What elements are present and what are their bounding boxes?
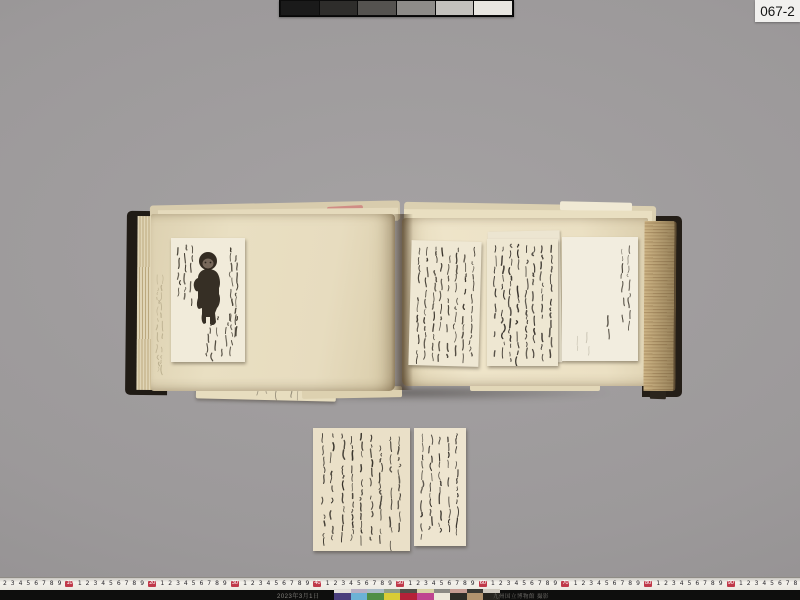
ink-stroke	[550, 313, 551, 317]
ruler-unit-label: 8	[794, 581, 797, 587]
ink-stroke	[471, 294, 472, 303]
ruler-unit-label: 3	[259, 581, 262, 587]
ink-stroke	[470, 347, 472, 351]
ink-stroke	[496, 256, 497, 266]
ink-stroke	[455, 346, 456, 356]
ink-stroke	[441, 304, 442, 313]
ink-stroke	[157, 292, 158, 295]
ink-stroke	[533, 292, 534, 301]
ink-stroke	[226, 336, 227, 346]
ink-stroke	[362, 490, 363, 495]
ink-stroke	[399, 523, 400, 531]
ink-stroke	[502, 318, 504, 323]
ruler-unit-label: 2	[3, 581, 6, 587]
ink-stroke	[448, 299, 449, 303]
ruler-unit-label: 4	[19, 581, 22, 587]
ink-stroke	[533, 335, 535, 342]
ruler-unit-label: 7	[703, 581, 706, 587]
ink-stroke	[361, 530, 362, 533]
ink-stroke	[441, 317, 442, 320]
ink-stroke	[441, 279, 442, 289]
ink-stroke	[157, 333, 158, 342]
ink-stroke	[440, 528, 441, 532]
ink-stroke	[235, 256, 236, 261]
ink-stroke	[532, 253, 533, 256]
ink-stroke	[162, 275, 163, 284]
ink-stroke	[429, 527, 430, 530]
ink-stroke	[333, 443, 334, 451]
ink-stroke	[430, 483, 431, 492]
ruler-unit-label: 6	[613, 581, 616, 587]
ink-stroke	[473, 267, 474, 273]
ink-stroke	[399, 477, 400, 483]
ink-stroke	[533, 280, 534, 285]
ink-stroke	[449, 256, 450, 263]
ink-stroke	[417, 323, 418, 331]
ink-stroke	[431, 435, 432, 444]
ink-stroke	[533, 273, 534, 276]
ink-stroke	[418, 257, 419, 264]
card-calligraphy	[562, 237, 638, 361]
ink-stroke	[518, 245, 519, 248]
ink-stroke	[324, 457, 325, 465]
ink-stroke	[456, 518, 457, 527]
ink-stroke	[462, 317, 463, 324]
ink-stroke	[465, 289, 466, 294]
ink-stroke	[427, 258, 428, 261]
ink-stroke	[332, 486, 333, 492]
ink-stroke	[352, 522, 353, 528]
ruler-unit-label: 2	[168, 581, 171, 587]
ink-stroke	[527, 260, 528, 263]
ruler-unit-label: 2	[747, 581, 750, 587]
ink-stroke	[439, 454, 440, 461]
ink-stroke	[441, 264, 442, 272]
ink-stroke	[192, 256, 193, 262]
ruler-unit-label: 5	[522, 581, 525, 587]
ink-stroke	[508, 297, 509, 307]
catalog-id-label: 067-2	[755, 0, 800, 22]
ink-stroke	[324, 521, 325, 526]
ink-stroke	[432, 456, 433, 462]
page-fore-edge	[643, 221, 676, 391]
ink-stroke	[427, 268, 428, 277]
ink-stroke	[462, 340, 463, 350]
ink-stroke	[622, 264, 623, 273]
ink-stroke	[330, 476, 331, 483]
ruler-ten-label: 80	[644, 581, 652, 587]
ink-stroke	[236, 327, 237, 336]
ink-stroke	[418, 298, 419, 301]
ink-stroke	[456, 438, 457, 443]
grayscale-patch	[320, 1, 358, 15]
ink-stroke	[344, 506, 345, 512]
ink-stroke	[439, 523, 440, 527]
ruler-unit-label: 9	[471, 581, 474, 587]
ink-stroke	[501, 256, 502, 265]
card-calligraphy	[487, 239, 558, 366]
ink-stroke	[162, 334, 163, 339]
ink-stroke	[351, 436, 352, 444]
ink-stroke	[344, 441, 345, 449]
grayscale-patch	[474, 1, 512, 15]
card-calligraphy	[408, 240, 481, 367]
ink-stroke	[161, 365, 162, 375]
card-calligraphy	[313, 428, 410, 551]
ink-stroke	[433, 334, 434, 339]
ink-stroke	[361, 465, 362, 472]
ruler-unit-label: 7	[455, 581, 458, 587]
ink-stroke	[472, 262, 473, 265]
ruler-unit-label: 5	[357, 581, 360, 587]
ink-stroke	[504, 291, 505, 300]
ink-stroke	[494, 276, 495, 286]
ruler-ten-label: 90	[727, 581, 735, 587]
ink-stroke	[161, 356, 162, 359]
ink-stroke	[439, 291, 441, 300]
ruler-unit-label: 6	[530, 581, 533, 587]
ruler-ten-label: 50	[396, 581, 404, 587]
ink-stroke	[424, 339, 425, 348]
ink-stroke	[324, 515, 325, 519]
ink-stroke	[381, 453, 382, 456]
ink-stroke	[421, 524, 422, 531]
ink-stroke	[630, 294, 631, 298]
ink-stroke	[342, 493, 343, 502]
ink-stroke	[454, 332, 456, 342]
ink-stroke	[353, 502, 354, 507]
ruler-unit-label: 1	[408, 581, 411, 587]
ruler-ten-label: 30	[231, 581, 239, 587]
ink-stroke	[458, 507, 459, 517]
ink-stroke	[435, 283, 436, 291]
ink-stroke	[609, 329, 610, 339]
ink-stroke	[192, 246, 193, 253]
ruler-unit-label: 7	[290, 581, 293, 587]
ink-stroke	[456, 434, 457, 438]
ink-stroke	[208, 334, 209, 342]
ink-stroke	[542, 304, 543, 312]
ink-stroke	[361, 513, 362, 519]
ink-stroke	[504, 325, 506, 333]
ruler-unit-label: 9	[553, 581, 556, 587]
ruler-unit-label: 1	[326, 581, 329, 587]
ink-stroke	[628, 266, 629, 273]
ruler-unit-label: 2	[251, 581, 254, 587]
ink-stroke	[191, 263, 192, 272]
ink-stroke	[178, 288, 179, 296]
ink-stroke	[424, 318, 425, 323]
ruler-unit-label: 4	[101, 581, 104, 587]
ink-stroke	[371, 435, 372, 441]
ink-stroke	[456, 528, 457, 535]
ink-stroke	[510, 336, 511, 342]
ink-stroke	[235, 293, 236, 296]
ink-stroke	[542, 334, 543, 342]
ink-stroke	[421, 487, 422, 493]
ink-stroke	[342, 481, 343, 490]
ink-stroke	[390, 437, 391, 441]
ruler-ten-label: 10	[65, 581, 73, 587]
ruler-unit-label: 4	[184, 581, 187, 587]
ink-stroke	[177, 248, 178, 255]
ink-stroke	[517, 351, 518, 355]
ruler-unit-label: 5	[440, 581, 443, 587]
ink-stroke	[465, 263, 466, 272]
ink-stroke	[525, 291, 526, 298]
ink-stroke	[390, 467, 392, 472]
ink-stroke	[342, 466, 343, 470]
ink-stroke	[465, 278, 466, 281]
color-patch	[367, 593, 384, 600]
ink-stroke	[275, 390, 277, 400]
ink-stroke	[448, 519, 449, 523]
ruler-unit-label: 5	[192, 581, 195, 587]
ink-stroke	[232, 299, 233, 305]
ink-stroke	[161, 313, 162, 317]
ink-stroke	[400, 494, 401, 500]
ink-stroke	[447, 325, 448, 332]
ink-stroke	[372, 468, 373, 476]
ruler-unit-label: 9	[719, 581, 722, 587]
ruler-unit-label: 5	[688, 581, 691, 587]
ink-stroke	[361, 503, 362, 511]
ruler-unit-label: 7	[786, 581, 789, 587]
ruler-unit-label: 3	[341, 581, 344, 587]
ink-stroke	[323, 533, 324, 536]
ink-stroke	[432, 343, 433, 350]
ink-stroke	[159, 301, 160, 304]
ink-stroke	[331, 498, 333, 503]
ink-stroke	[629, 280, 630, 290]
ink-stroke	[474, 247, 475, 256]
ruler-unit-label: 9	[140, 581, 143, 587]
ink-stroke	[330, 453, 331, 463]
ink-stroke	[509, 329, 510, 333]
ink-stroke	[381, 496, 382, 503]
ink-stroke	[541, 345, 542, 350]
ink-stroke	[629, 246, 630, 254]
ink-stroke	[621, 274, 622, 279]
ink-stroke	[417, 301, 418, 311]
ruler-unit-label: 2	[664, 581, 667, 587]
ruler-unit-label: 5	[274, 581, 277, 587]
ink-stroke	[534, 247, 535, 252]
ink-stroke	[422, 434, 423, 442]
ink-stroke	[607, 316, 608, 326]
ink-stroke	[390, 541, 391, 551]
ink-stroke	[550, 350, 551, 358]
ink-stroke	[352, 510, 353, 513]
ink-stroke	[542, 295, 543, 301]
ink-stroke	[433, 324, 434, 331]
ink-stroke	[453, 324, 454, 329]
ink-stroke	[456, 447, 457, 454]
ink-stroke	[551, 285, 552, 292]
ruler-ten-label: 20	[148, 581, 156, 587]
ruler-unit-label: 8	[298, 581, 301, 587]
ink-stroke	[472, 306, 473, 312]
ink-stroke	[473, 281, 474, 291]
ink-stroke	[342, 434, 343, 438]
ink-stroke	[370, 537, 371, 540]
color-patch	[400, 593, 417, 600]
ruler-unit-label: 7	[373, 581, 376, 587]
ink-stroke	[291, 390, 292, 397]
ink-stroke	[447, 344, 448, 352]
ink-stroke	[622, 315, 623, 322]
ink-stroke	[463, 354, 464, 363]
ink-stroke	[551, 255, 552, 263]
ink-stroke	[527, 279, 528, 289]
ink-stroke	[160, 293, 161, 301]
ink-stroke	[541, 262, 542, 269]
ink-stroke	[390, 517, 391, 527]
ink-stroke	[509, 289, 510, 295]
ruler-unit-label: 9	[636, 581, 639, 587]
ruler-unit-label: 6	[117, 581, 120, 587]
ink-stroke	[211, 321, 212, 325]
ruler-unit-label: 9	[223, 581, 226, 587]
ink-stroke	[422, 471, 423, 480]
ink-stroke	[550, 299, 551, 305]
ink-stroke	[352, 515, 353, 520]
ink-stroke	[430, 463, 432, 470]
ink-stroke	[380, 529, 381, 534]
ink-stroke	[510, 244, 511, 247]
ink-stroke	[398, 470, 399, 476]
ink-stroke	[540, 272, 541, 280]
ink-stroke	[372, 512, 373, 517]
ink-stroke	[425, 278, 427, 287]
ink-stroke	[588, 346, 589, 355]
card-calligraphy	[414, 428, 466, 546]
ruler-unit-label: 5	[26, 581, 29, 587]
color-patch	[384, 593, 401, 600]
ink-stroke	[156, 325, 157, 330]
ruler-unit-label: 4	[762, 581, 765, 587]
ink-stroke	[550, 274, 551, 284]
ruler-unit-label: 1	[491, 581, 494, 587]
ink-stroke	[526, 348, 527, 358]
ink-stroke	[464, 255, 465, 262]
ink-stroke	[431, 473, 432, 480]
ink-stroke	[158, 362, 159, 366]
ink-stroke	[371, 445, 372, 448]
ink-stroke	[362, 442, 363, 450]
ink-stroke	[448, 306, 449, 315]
ink-stroke	[495, 246, 496, 253]
ink-stroke	[441, 511, 442, 520]
ruler-unit-label: 8	[546, 581, 549, 587]
ink-stroke	[161, 347, 162, 352]
ink-stroke	[432, 304, 433, 309]
ink-stroke	[434, 271, 435, 275]
ink-stroke	[510, 352, 511, 356]
ink-stroke	[622, 282, 623, 292]
ink-stroke	[425, 290, 426, 297]
ink-stroke	[503, 275, 504, 281]
ink-stroke	[430, 493, 431, 498]
ink-stroke	[342, 525, 343, 531]
ink-stroke	[380, 446, 381, 451]
ink-stroke	[418, 273, 419, 283]
ink-stroke	[184, 287, 185, 291]
ruler-unit-label: 3	[424, 581, 427, 587]
ink-stroke	[184, 274, 185, 284]
ruler-unit-label: 1	[739, 581, 742, 587]
ink-stroke	[449, 497, 450, 507]
ruler-unit-label: 9	[58, 581, 61, 587]
ink-stroke	[433, 293, 434, 303]
ink-stroke	[526, 316, 527, 319]
ink-stroke	[343, 515, 344, 524]
ink-stroke	[418, 335, 419, 344]
ink-stroke	[525, 326, 526, 332]
ink-stroke	[421, 513, 422, 517]
ink-stroke	[510, 251, 511, 258]
ink-stroke	[379, 484, 380, 490]
ink-stroke	[494, 332, 495, 337]
ruler-unit-label: 2	[416, 581, 419, 587]
ink-stroke	[542, 354, 543, 361]
ink-stroke	[439, 322, 440, 330]
ink-stroke	[361, 451, 362, 457]
ink-stroke	[427, 247, 428, 255]
ink-stroke	[399, 485, 400, 491]
ink-stroke	[424, 351, 426, 359]
ink-stroke	[391, 442, 392, 452]
ink-stroke	[425, 299, 427, 308]
ink-stroke	[502, 333, 503, 339]
ruler-unit-label: 2	[86, 581, 89, 587]
ink-stroke	[542, 255, 543, 259]
ruler-unit-label: 8	[711, 581, 714, 587]
ink-stroke	[332, 527, 333, 534]
color-patch	[351, 593, 368, 600]
ink-stroke	[517, 286, 518, 297]
ink-stroke	[533, 350, 534, 358]
ink-stroke	[463, 304, 464, 309]
ink-stroke	[541, 289, 542, 293]
ink-stroke	[494, 351, 495, 356]
ink-stroke	[455, 307, 457, 310]
ink-stroke	[448, 452, 449, 457]
ruler-unit-label: 4	[432, 581, 435, 587]
ink-stroke	[511, 259, 512, 265]
ink-stroke	[417, 315, 418, 321]
ink-stroke	[380, 504, 381, 509]
ink-stroke	[361, 521, 362, 529]
ruler-unit-label: 7	[538, 581, 541, 587]
ink-stroke	[471, 324, 472, 333]
ruler-unit-label: 3	[672, 581, 675, 587]
ink-stroke	[343, 450, 345, 459]
ink-stroke	[436, 256, 437, 262]
ruler-unit-label: 7	[125, 581, 128, 587]
ink-stroke	[216, 328, 217, 336]
loose-calligraphy-card	[414, 428, 466, 546]
ink-stroke	[230, 347, 231, 356]
ink-stroke	[455, 283, 456, 292]
ink-stroke	[419, 266, 420, 272]
ink-stroke	[518, 343, 519, 348]
ruler-unit-label: 8	[132, 581, 135, 587]
ink-stroke	[158, 288, 159, 291]
ink-stroke	[157, 318, 158, 321]
ink-stroke	[448, 276, 449, 281]
ruler-ten-label: 70	[561, 581, 569, 587]
